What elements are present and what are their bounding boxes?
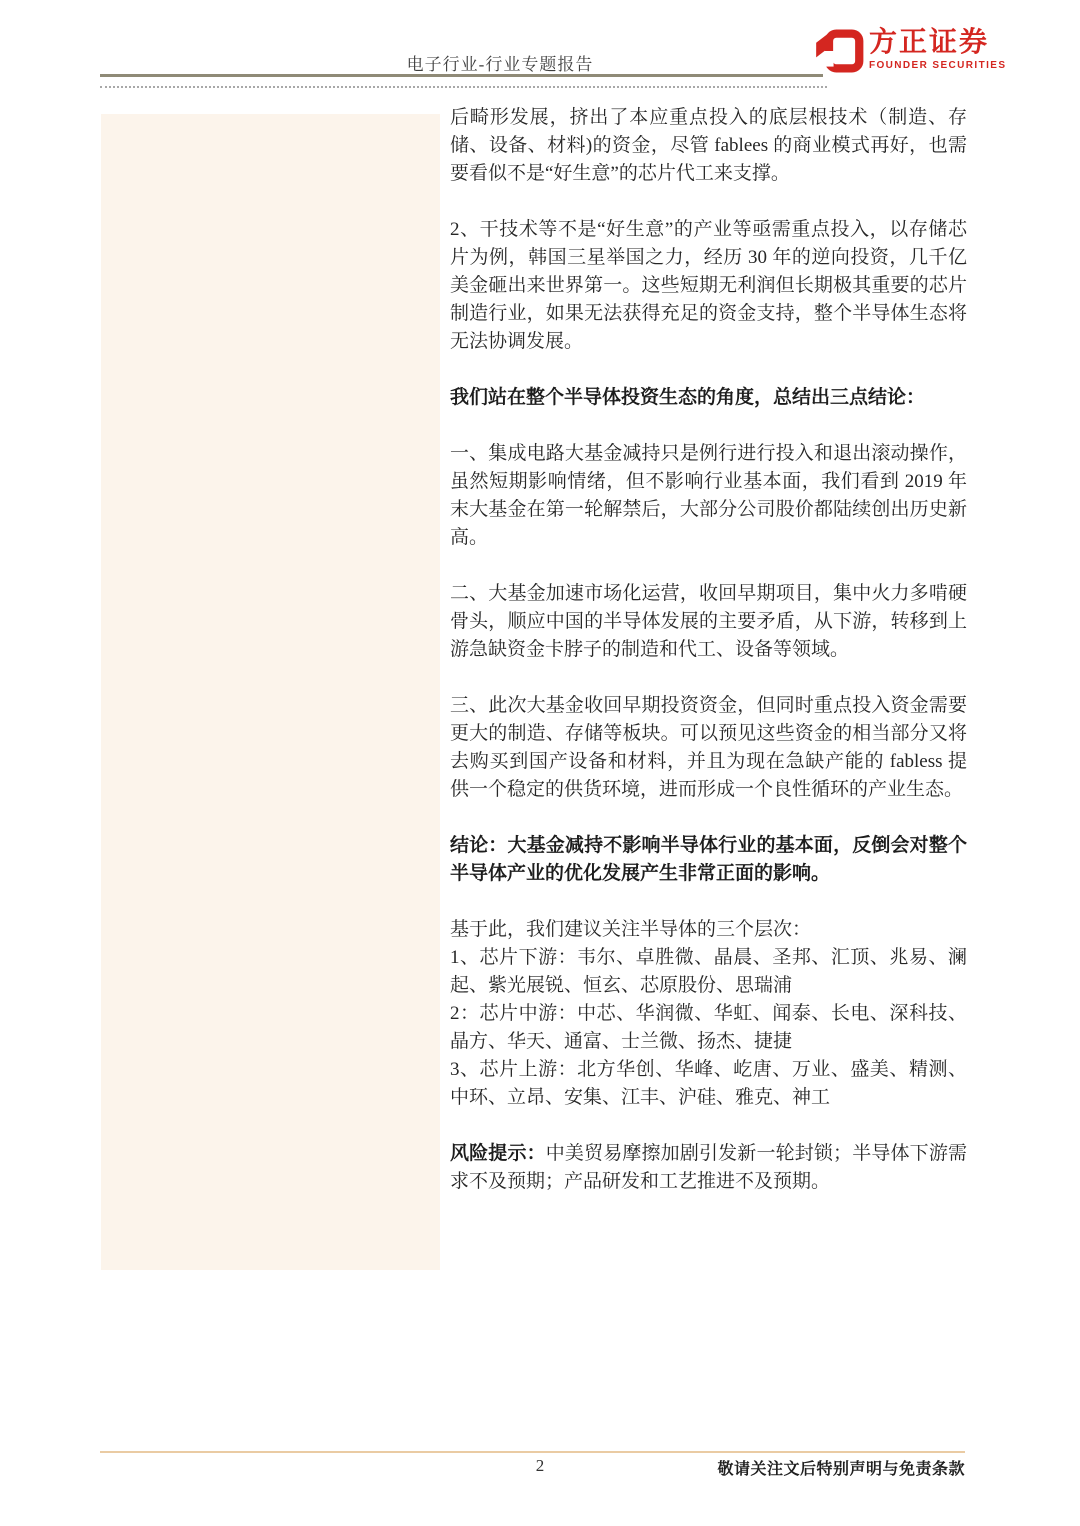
paragraph-conclusion-one: 一、集成电路大基金减持只是例行进行投入和退出滚动操作，虽然短期影响情绪，但不影响… — [450, 440, 967, 552]
sidebar-highlight — [101, 114, 440, 1270]
paragraph-conclusion-two: 二、大基金加速市场化运营，收回早期项目，集中火力多啃硬骨头，顺应中国的半导体发展… — [450, 580, 967, 664]
header-rule — [100, 74, 823, 77]
paragraph-conclusion-three: 三、此次大基金收回早期投资资金，但同时重点投入资金需要更大的制造、存储等板块。可… — [450, 692, 967, 804]
report-page: 电子行业-行业专题报告 方正证券 FOUNDER SECURITIES 后畸形发… — [0, 0, 1080, 1526]
list-item-chip-midstream: 2：芯片中游：中芯、华润微、华虹、闻泰、长电、深科技、晶方、华天、通富、士兰微、… — [450, 1000, 967, 1056]
recommendation-intro: 基于此，我们建议关注半导体的三个层次： — [450, 916, 967, 944]
list-item-chip-downstream: 1、芯片下游：韦尔、卓胜微、晶晨、圣邦、汇顶、兆易、澜起、紫光展锐、恒玄、芯原股… — [450, 944, 967, 1000]
footer-rule — [100, 1451, 965, 1453]
paragraph-continued: 后畸形发展，挤出了本应重点投入的底层根技术（制造、存储、设备、材料)的资金，尽管… — [450, 104, 967, 188]
header-dotted-rule — [100, 86, 827, 88]
paragraph-point-2: 2、干技术等不是“好生意”的产业等亟需重点投入，以存储芯片为例，韩国三星举国之力… — [450, 216, 967, 356]
logo-text: 方正证券 FOUNDER SECURITIES — [869, 26, 1006, 71]
footer-disclaimer: 敬请关注文后特别声明与免责条款 — [717, 1456, 965, 1479]
list-item-chip-upstream: 3、芯片上游：北方华创、华峰、屹唐、万业、盛美、精测、中环、立昂、安集、江丰、沪… — [450, 1056, 967, 1112]
section-heading-conclusions: 我们站在整个半导体投资生态的角度，总结出三点结论： — [450, 384, 967, 412]
risk-label: 风险提示： — [450, 1143, 546, 1164]
founder-securities-logo: 方正证券 FOUNDER SECURITIES — [816, 26, 1006, 73]
conclusion-statement: 结论：大基金减持不影响半导体行业的基本面，反倒会对整个半导体产业的优化发展产生非… — [450, 832, 967, 888]
risk-paragraph: 风险提示：中美贸易摩擦加剧引发新一轮封锁；半导体下游需求不及预期；产品研发和工艺… — [450, 1140, 967, 1196]
report-body: 后畸形发展，挤出了本应重点投入的底层根技术（制造、存储、设备、材料)的资金，尽管… — [450, 104, 967, 1196]
report-type-title: 电子行业-行业专题报告 — [100, 50, 900, 75]
logo-name-en: FOUNDER SECURITIES — [869, 60, 1006, 71]
logo-name-cn: 方正证券 — [869, 26, 1006, 57]
founder-logo-icon — [816, 29, 864, 73]
